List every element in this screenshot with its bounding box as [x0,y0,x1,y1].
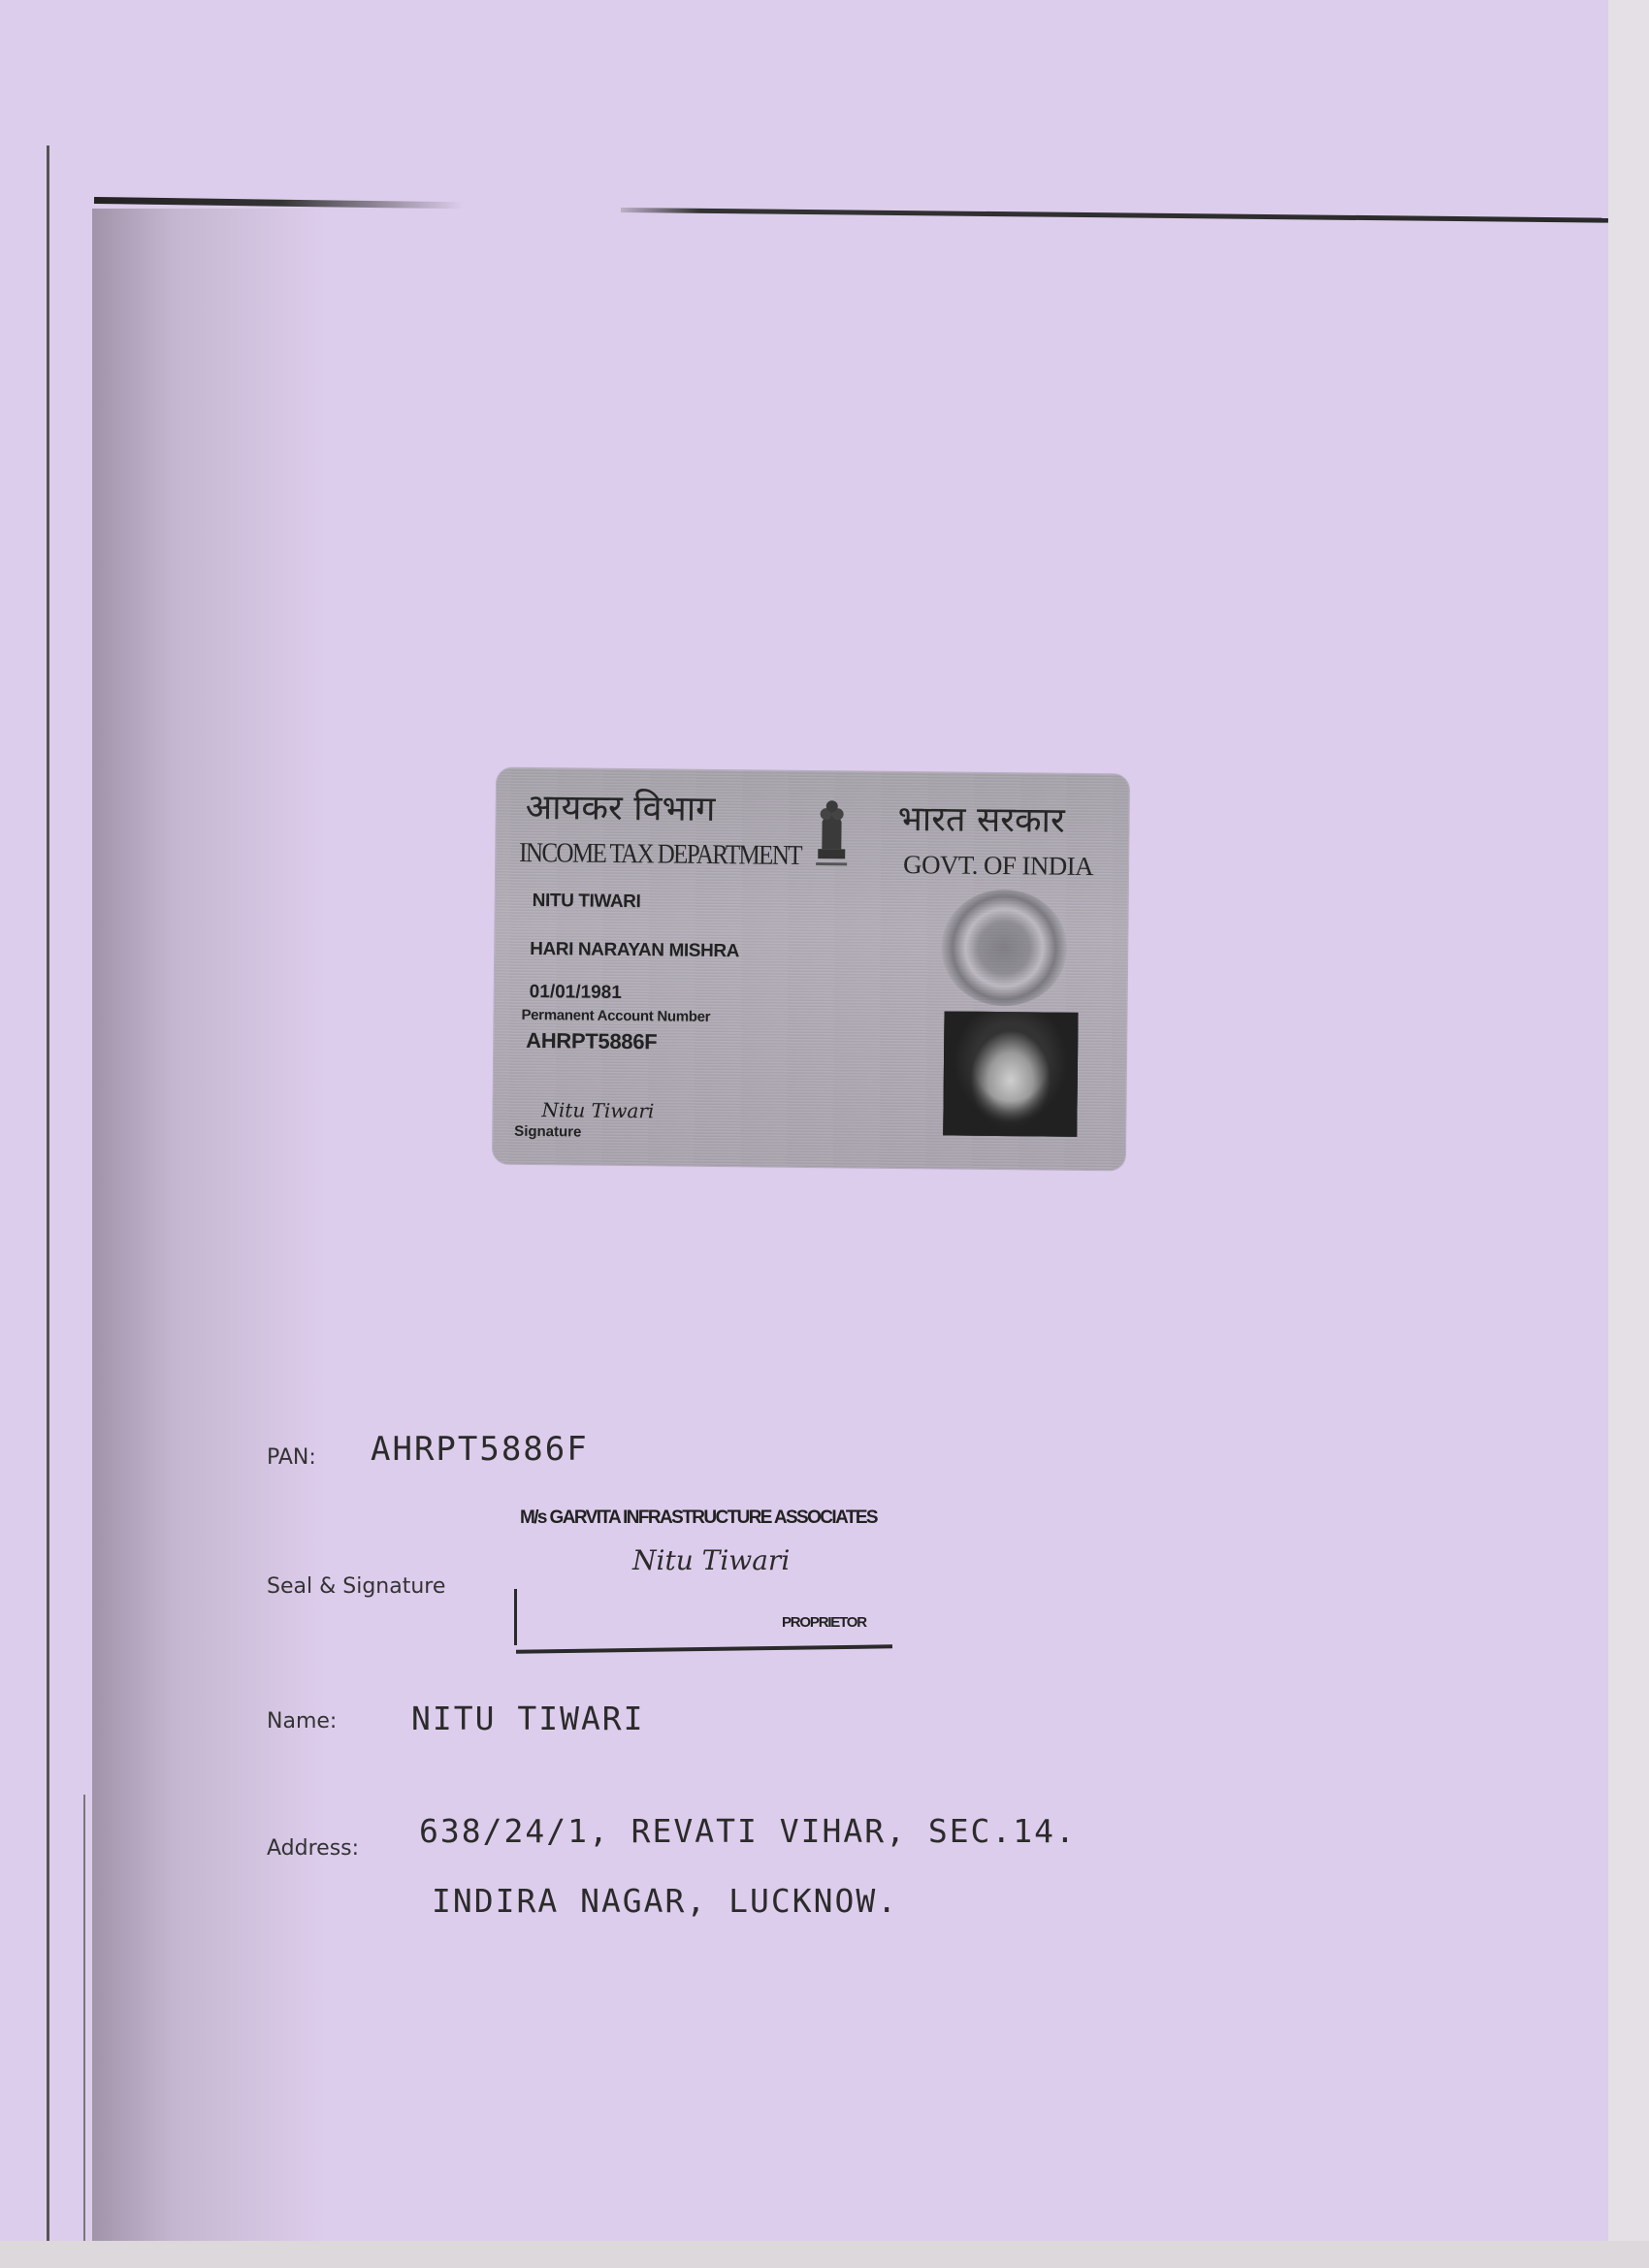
company-seal-stamp: M/s GARVITA INFRASTRUCTURE ASSOCIATES Ni… [512,1502,892,1653]
pan-card-image: आयकर विभाग INCOME TAX DEPARTMENT भारत सर… [493,768,1129,1171]
government-english: GOVT. OF INDIA [903,850,1093,882]
card-signature-label: Signature [514,1123,581,1141]
department-hindi: आयकर विभाग [525,782,715,831]
hologram-icon [941,889,1068,1006]
margin-line [47,146,49,2241]
address-line-1: 638/24/1, REVATI VIHAR, SEC.14. [419,1812,1077,1850]
name-field-value: NITU TIWARI [411,1700,645,1737]
seal-firm-name: M/s GARVITA INFRASTRUCTURE ASSOCIATES [520,1507,877,1529]
seal-signature-line [516,1644,892,1653]
card-signature: Nitu Tiwari [541,1098,654,1122]
photocopy-shadow [92,209,325,2241]
scanner-page-edge-right [1608,0,1649,2268]
department-english: INCOME TAX DEPARTMENT [519,838,801,872]
top-rule-right [621,208,1608,223]
address-field-label: Address: [267,1836,359,1861]
card-father-name: HARI NARAYAN MISHRA [530,939,739,962]
national-emblem-icon [812,793,852,870]
card-pan-label: Permanent Account Number [521,1007,710,1025]
card-date-of-birth: 01/01/1981 [530,982,622,1004]
name-field-label: Name: [267,1709,337,1733]
address-line-2: INDIRA NAGAR, LUCKNOW. [432,1882,898,1920]
seal-border-left [514,1589,517,1645]
margin-line-inner [83,1795,85,2241]
card-pan-number: AHRPT5886F [526,1028,657,1054]
seal-role: PROPRIETOR [782,1614,866,1631]
holder-photo [943,1011,1078,1136]
scanner-page-edge-bottom [0,2241,1649,2268]
government-hindi: भारत सरकार [897,794,1065,843]
pan-field-label: PAN: [267,1445,316,1470]
pan-field-value: AHRPT5886F [371,1430,589,1469]
seal-signature-label: Seal & Signature [267,1574,445,1599]
card-holder-name: NITU TIWARI [533,891,641,913]
top-rule-left [94,197,463,209]
seal-signature: Nitu Tiwari [632,1544,790,1576]
